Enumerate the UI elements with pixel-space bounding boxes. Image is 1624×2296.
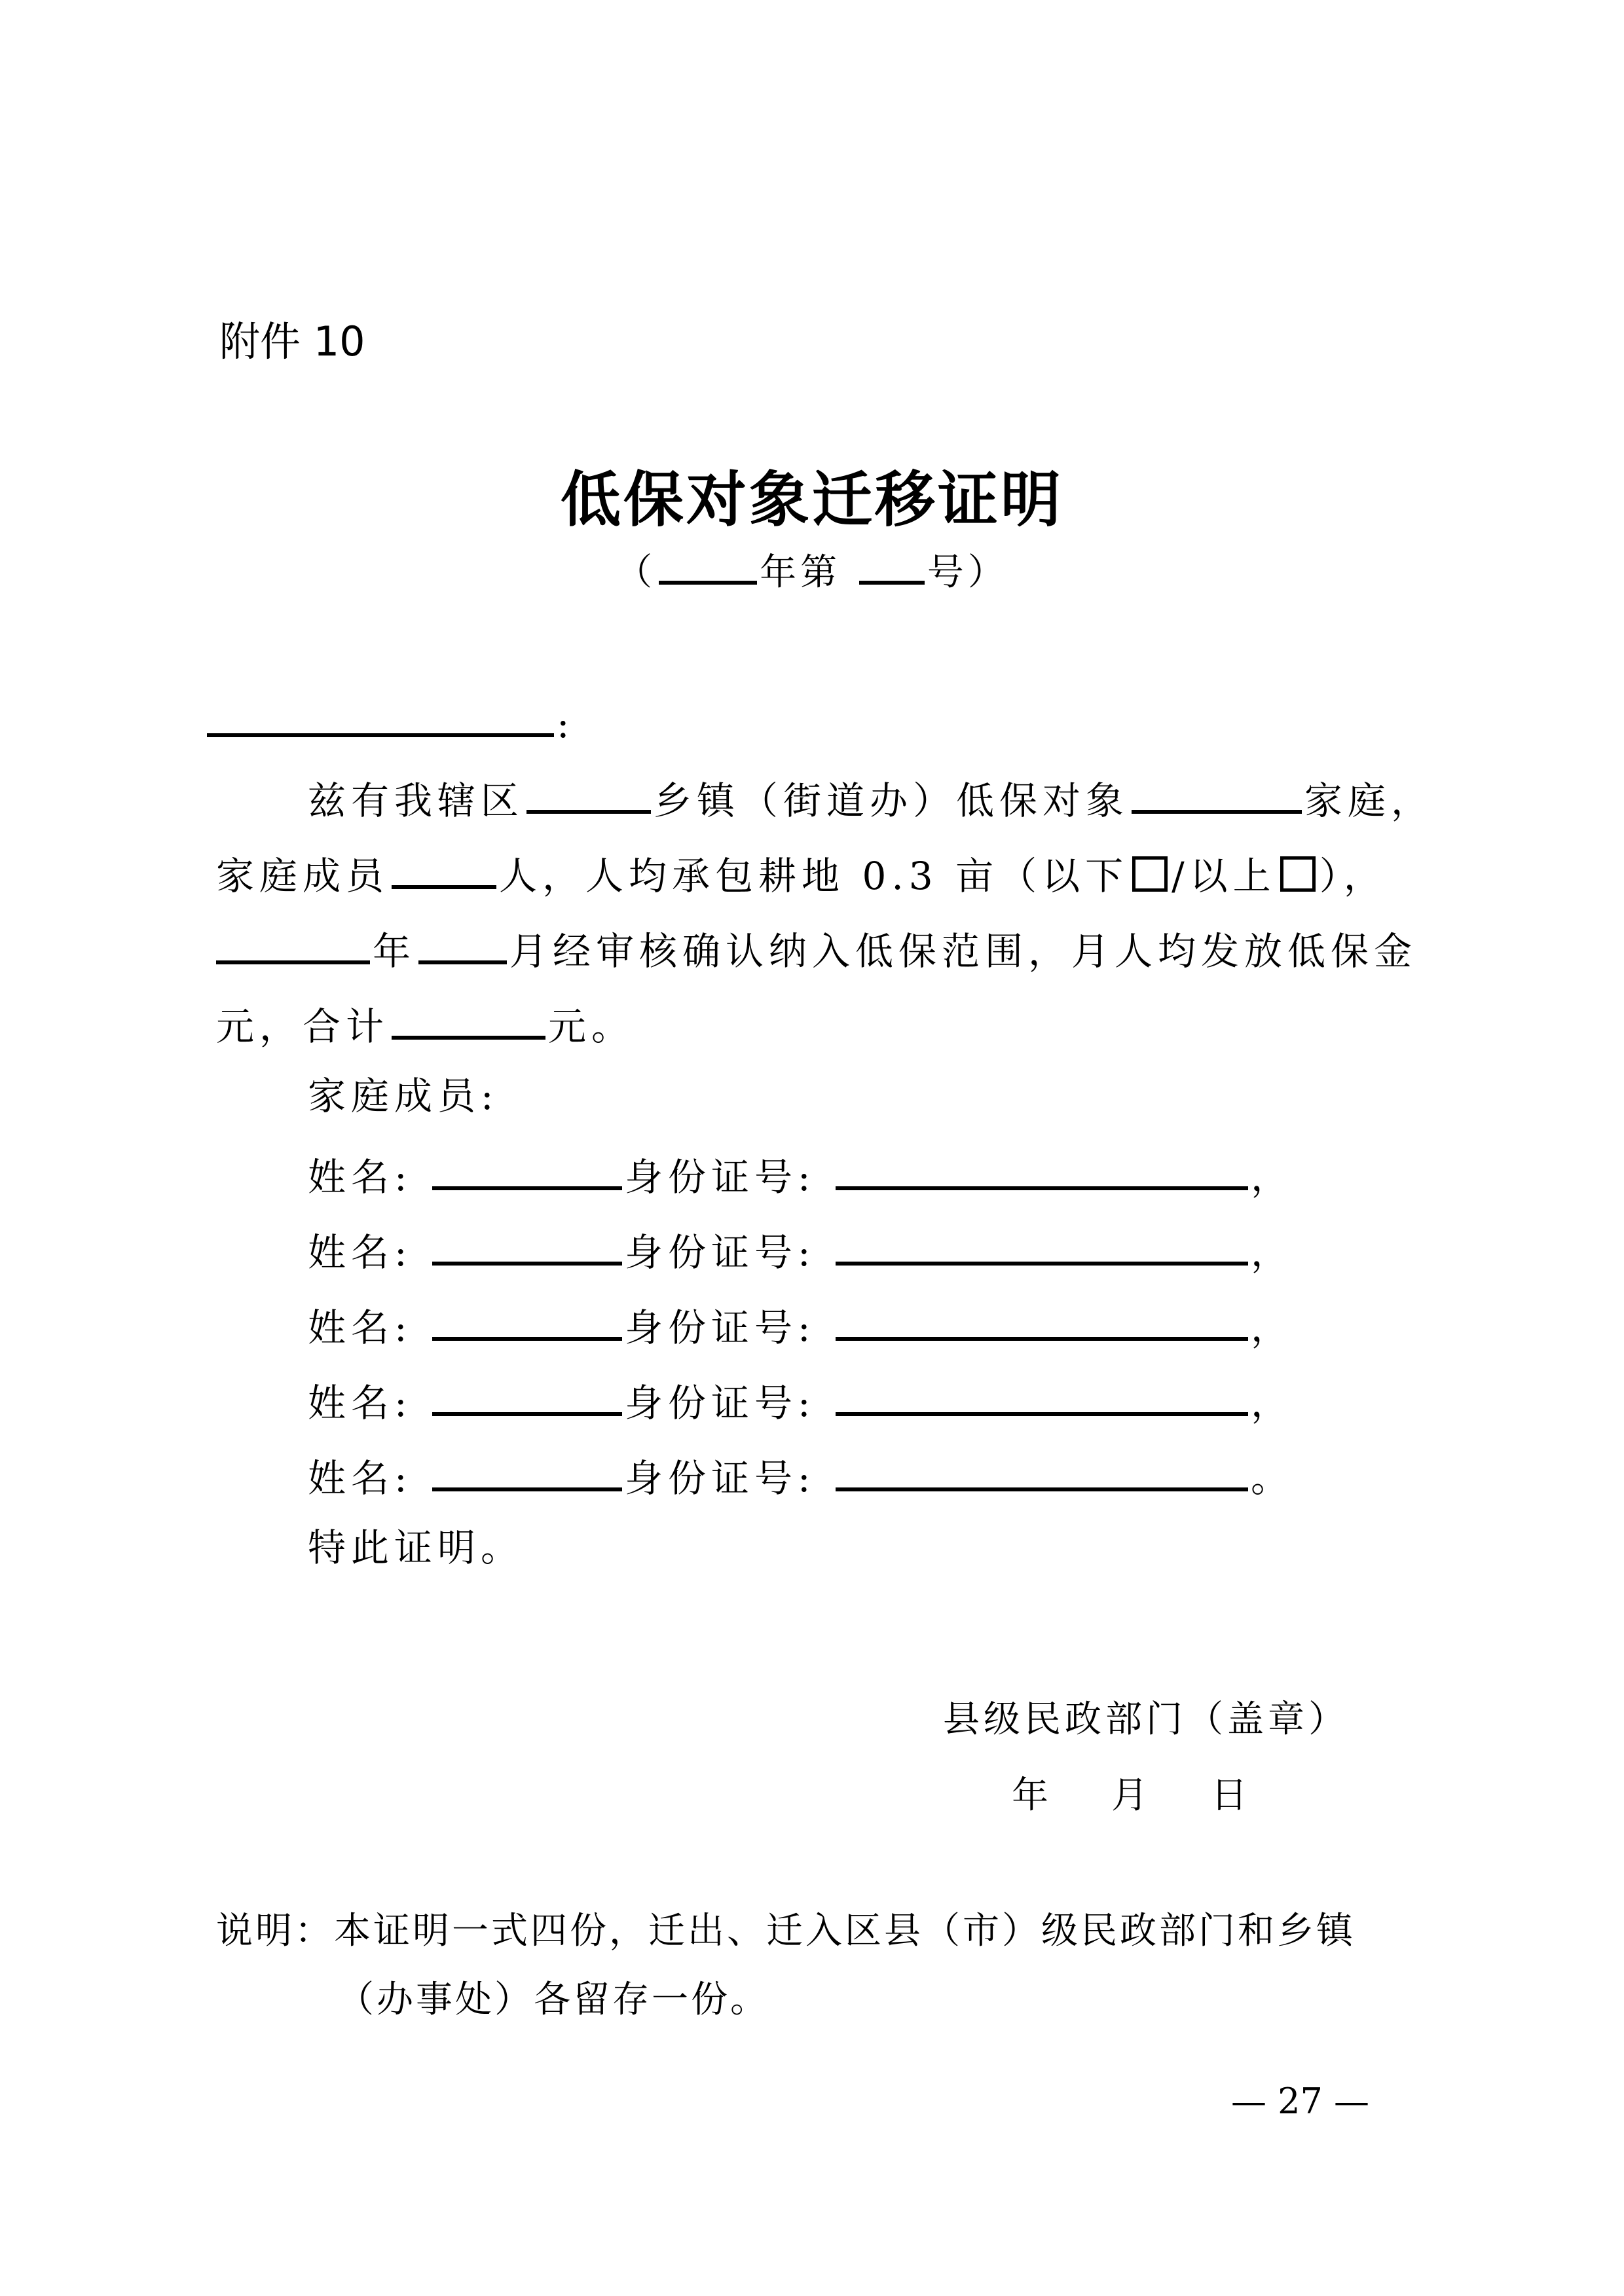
member-row: 姓名: 身份证号: 。: [308, 1453, 1294, 1497]
paragraph-line-2: 家庭成员人，人均承包耕地 0.3 亩（以下/以上），: [216, 851, 1387, 895]
paragraph-line-4: 元，合计元。: [216, 1002, 635, 1046]
text-segment: ），: [1319, 854, 1387, 898]
name-label: 姓名:: [308, 1230, 413, 1275]
row-punctuation: ，: [1251, 1305, 1294, 1350]
addressee-colon: :: [557, 702, 575, 746]
member-name-field[interactable]: [432, 1228, 622, 1266]
member-id-field[interactable]: [836, 1152, 1248, 1190]
text-segment: 乡镇（街道办）低保对象: [654, 778, 1129, 823]
addressee-line: :: [216, 699, 575, 743]
name-label: 姓名:: [308, 1155, 413, 1199]
member-id-field[interactable]: [836, 1228, 1248, 1266]
member-id-field[interactable]: [836, 1303, 1248, 1341]
closing-statement: 特此证明。: [308, 1529, 524, 1567]
number-label: 号）: [927, 551, 1008, 594]
text-segment: 人，人均承包耕地 0.3 亩（以下: [499, 854, 1128, 898]
text-segment: 月经审核确认纳入低保范围，月人均发放低保金: [509, 929, 1417, 974]
year-label: 年第: [760, 551, 841, 594]
attachment-label: 附件 10: [219, 309, 365, 367]
member-row: 姓名: 身份证号: ，: [308, 1152, 1294, 1196]
row-punctuation: ，: [1251, 1155, 1294, 1199]
text-segment: 家庭，: [1304, 778, 1434, 823]
paragraph-line-1: 兹有我辖区乡镇（街道办）低保对象家庭，: [308, 776, 1434, 820]
member-name-field[interactable]: [432, 1303, 622, 1341]
text-segment: 年: [373, 929, 416, 974]
row-punctuation: ，: [1251, 1230, 1294, 1275]
note-line-2: （办事处）各留存一份。: [337, 1971, 769, 2023]
township-blank[interactable]: [526, 776, 651, 814]
document-number-line: （年第 号）: [0, 543, 1624, 596]
open-paren: （: [616, 551, 656, 594]
date-year-label: 年: [1012, 1774, 1052, 1817]
member-count-blank[interactable]: [392, 851, 496, 889]
id-label: 身份证号:: [625, 1456, 816, 1501]
id-label: 身份证号:: [625, 1381, 816, 1425]
above-checkbox[interactable]: [1280, 856, 1316, 892]
text-segment: 家庭成员: [216, 854, 389, 898]
paragraph-line-3: 年月经审核确认纳入低保范围，月人均发放低保金: [216, 926, 1417, 970]
name-label: 姓名:: [308, 1305, 413, 1350]
page-number: — 27 —: [1231, 2081, 1369, 2122]
row-punctuation: 。: [1251, 1456, 1294, 1501]
member-id-field[interactable]: [836, 1378, 1248, 1416]
text-segment: 兹有我辖区: [308, 778, 524, 823]
name-label: 姓名:: [308, 1381, 413, 1425]
name-label: 姓名:: [308, 1456, 413, 1501]
member-row: 姓名: 身份证号: ，: [308, 1228, 1294, 1271]
text-segment: 元。: [548, 1004, 635, 1049]
text-segment: 元，合计: [216, 1004, 389, 1049]
approval-year-blank[interactable]: [216, 926, 370, 964]
date-day-label: 日: [1211, 1774, 1251, 1817]
member-row: 姓名: 身份证号: ，: [308, 1378, 1294, 1422]
id-label: 身份证号:: [625, 1230, 816, 1275]
member-id-field[interactable]: [836, 1453, 1248, 1491]
member-name-field[interactable]: [432, 1453, 622, 1491]
addressee-blank[interactable]: [207, 699, 554, 737]
family-name-blank[interactable]: [1132, 776, 1302, 814]
members-heading: 家庭成员:: [308, 1077, 499, 1115]
member-name-field[interactable]: [432, 1378, 622, 1416]
id-label: 身份证号:: [625, 1155, 816, 1199]
total-amount-blank[interactable]: [392, 1002, 545, 1040]
below-checkbox[interactable]: [1132, 856, 1168, 892]
text-segment: /以上: [1172, 854, 1276, 898]
id-label: 身份证号:: [625, 1305, 816, 1350]
issuing-department: 县级民政部门（盖章）: [943, 1690, 1349, 1743]
row-punctuation: ，: [1251, 1381, 1294, 1425]
member-row: 姓名: 身份证号: ，: [308, 1303, 1294, 1347]
date-month-label: 月: [1111, 1774, 1152, 1817]
number-blank[interactable]: [859, 547, 925, 585]
document-title: 低保对象迁移证明: [0, 452, 1624, 538]
sign-date: 年月日: [1012, 1766, 1251, 1819]
member-name-field[interactable]: [432, 1152, 622, 1190]
approval-month-blank[interactable]: [418, 926, 507, 964]
year-blank[interactable]: [659, 547, 757, 585]
note-line-1: 说明：本证明一式四份，迁出、迁入区县（市）级民政部门和乡镇: [216, 1902, 1356, 1954]
